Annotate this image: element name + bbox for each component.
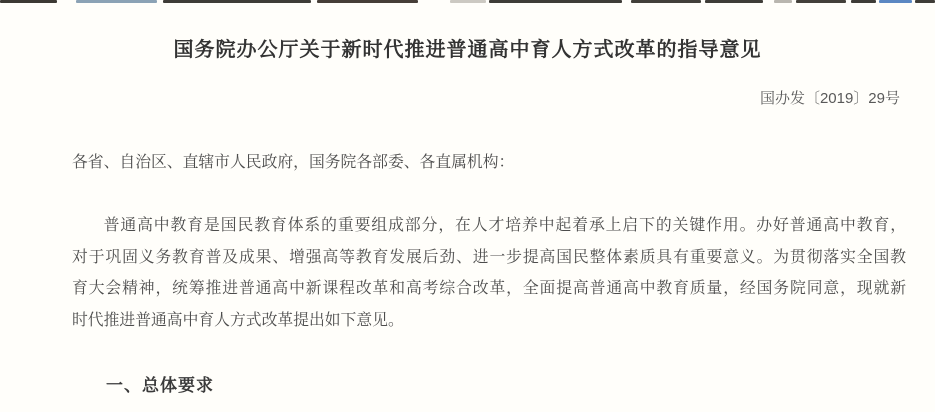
cropped-text-fragment [851, 0, 876, 3]
paragraph-line: 对于巩固义务教育普及成果、增强高等教育发展后劲、进一步提高国民整体素质具有重要意… [72, 242, 906, 274]
cropped-text-fragment [317, 0, 418, 3]
cropped-text-fragment [774, 0, 792, 3]
cropped-text-fragment [879, 0, 912, 3]
cropped-text-fragment [489, 0, 622, 3]
cropped-text-fragment [76, 0, 157, 3]
body-paragraph: 普通高中教育是国民教育体系的重要组成部分，在人才培养中起着承上启下的关键作用。办… [72, 210, 906, 336]
cropped-text-fragment [163, 0, 311, 3]
cropped-text-fragment [705, 0, 763, 3]
document-title: 国务院办公厅关于新时代推进普通高中育人方式改革的指导意见 [0, 36, 935, 64]
salutation-line: 各省、自治区、直辖市人民政府，国务院各部委、各直属机构： [72, 152, 906, 174]
section-heading: 一、总体要求 [72, 374, 906, 398]
cropped-text-fragment [631, 0, 701, 3]
cropped-text-fragment [450, 0, 486, 3]
paragraph-line: 时代推进普通高中育人方式改革提出如下意见。 [72, 305, 906, 337]
top-edge-cropped-text-fragments [0, 0, 935, 4]
document-number: 国办发〔2019〕29号 [72, 88, 900, 110]
cropped-text-fragment [796, 0, 846, 3]
paragraph-line: 普通高中教育是国民教育体系的重要组成部分，在人才培养中起着承上启下的关键作用。办… [72, 210, 906, 242]
document-page: 国务院办公厅关于新时代推进普通高中育人方式改革的指导意见 国办发〔2019〕29… [0, 0, 935, 412]
cropped-text-fragment [915, 0, 935, 3]
paragraph-line: 育大会精神，统筹推进普通高中新课程改革和高考综合改革，全面提高普通高中教育质量，… [72, 273, 906, 305]
cropped-text-fragment [0, 0, 57, 3]
